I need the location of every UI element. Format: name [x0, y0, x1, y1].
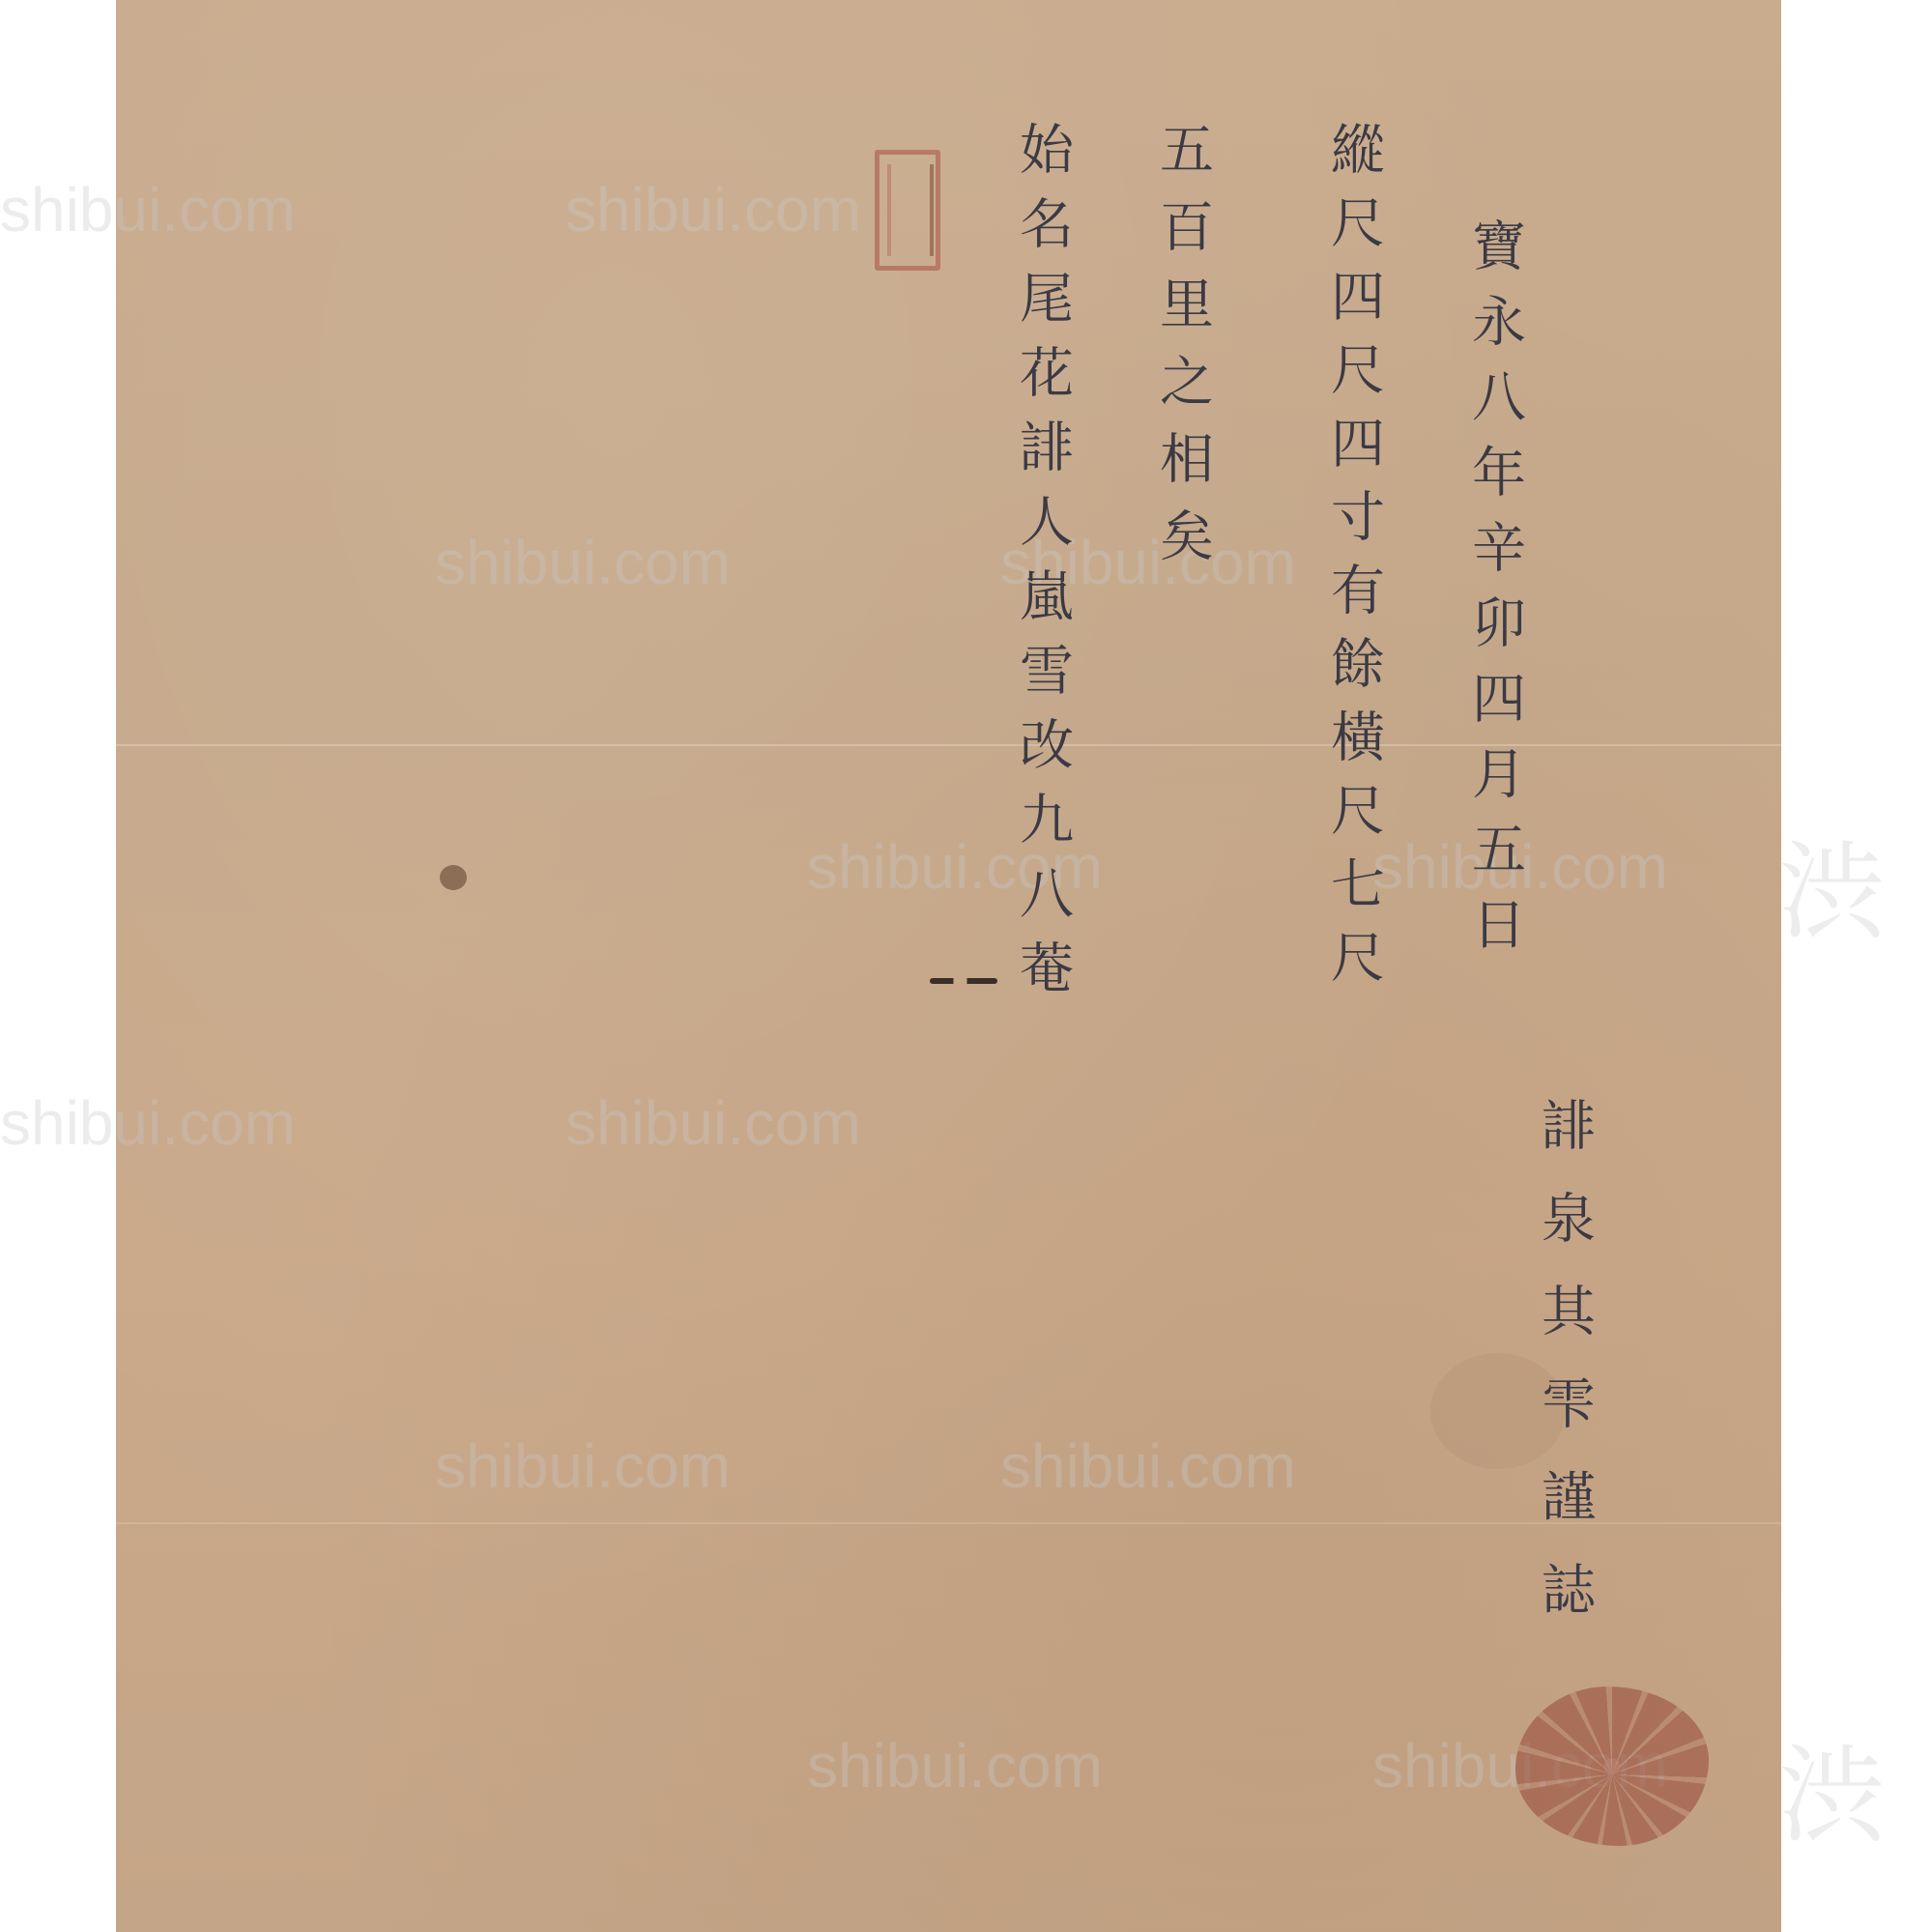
watermark-text: shibui.com	[565, 174, 861, 245]
watermark-text: shibui.com	[0, 1087, 296, 1159]
seal-rectangular	[875, 150, 940, 271]
watermark-text: shibui.com	[807, 1730, 1103, 1802]
seal-glyph	[887, 164, 934, 256]
watermark-text: shibui.com	[565, 1087, 861, 1159]
watermark-kanji: 渋	[1778, 807, 1885, 960]
watermark-text: shibui.com	[0, 174, 296, 245]
ink-stain	[440, 865, 467, 890]
column-distance: 五百里之相矣	[1155, 121, 1209, 585]
paper-crease	[116, 1522, 1781, 1524]
ink-dash-mark	[930, 978, 997, 984]
column-names: 始名尾花誹人嵐雪改九八菴	[1015, 121, 1069, 1014]
signature: 誹泉其雫謹誌	[1537, 1097, 1591, 1654]
watermark-text: shibui.com	[1000, 1430, 1296, 1502]
paper-crease	[116, 744, 1781, 746]
watermark-kanji: 渋	[1778, 1711, 1885, 1863]
watermark-text: shibui.com	[435, 527, 731, 598]
seal-round	[1515, 1687, 1709, 1846]
paper-sheet	[116, 0, 1781, 1932]
column-date: 寶永八年辛卯四月五日	[1467, 217, 1521, 971]
watermark-text: shibui.com	[435, 1430, 731, 1502]
column-dimensions: 縱尺四尺四寸有餘橫尺七尺	[1326, 121, 1380, 1002]
